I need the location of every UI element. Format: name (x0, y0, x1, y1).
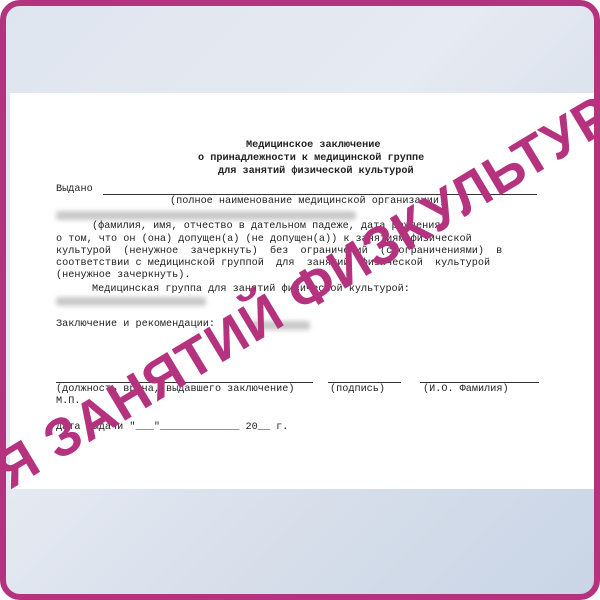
signature-caption: (подпись) (330, 384, 385, 396)
doc-title-line-3: для занятий физической культурой (218, 166, 414, 178)
patient-name-redacted (56, 211, 356, 220)
signature-line (328, 382, 401, 383)
group-value-redacted (56, 297, 206, 306)
name-signature-caption: (И.О. Фамилия) (423, 384, 509, 396)
doc-title-line-2: о принадлежности к медицинской группе (198, 153, 424, 165)
doc-title-line-1: Медицинское заключение (246, 140, 381, 152)
body-line-4: (ненужное зачеркнуть). (56, 270, 191, 282)
image-frame: Медицинское заключение о принадлежности … (0, 0, 600, 600)
name-line (420, 382, 539, 383)
body-line-3: соответствии с медицинской группой для з… (56, 258, 490, 270)
issued-label: Выдано (56, 184, 93, 196)
